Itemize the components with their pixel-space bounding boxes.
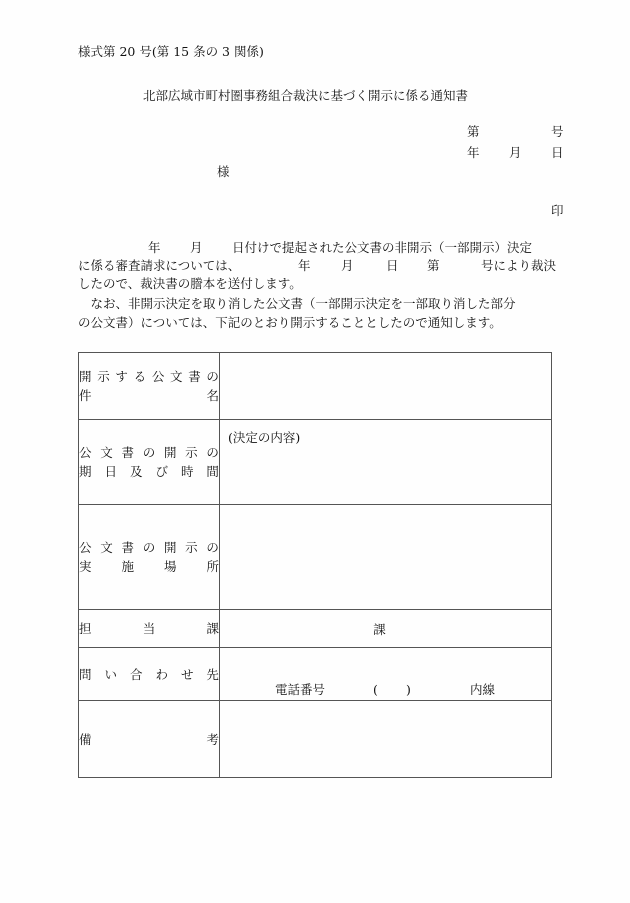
body-line-2-year: 年 bbox=[298, 258, 311, 274]
table-row: 問い合わせ先 電話番号 ( ) 内線 bbox=[79, 648, 552, 701]
document-subject-field[interactable] bbox=[220, 353, 552, 420]
disclosure-datetime-field[interactable]: (決定の内容) bbox=[220, 420, 552, 505]
date-month: 月 bbox=[509, 145, 522, 161]
contact-field[interactable]: 電話番号 ( ) 内線 bbox=[220, 648, 552, 701]
label-remarks: 備考 bbox=[79, 701, 220, 778]
date-year: 年 bbox=[467, 145, 480, 161]
number-suffix: 号 bbox=[551, 124, 564, 140]
document-title: 北部広域市町村圏事務組合裁決に基づく開示に係る通知書 bbox=[143, 88, 468, 104]
number-prefix: 第 bbox=[467, 124, 480, 140]
body-line-2-dai: 第 bbox=[427, 258, 440, 274]
label-contact: 問い合わせ先 bbox=[79, 648, 220, 701]
body-line-2-day: 日 bbox=[386, 258, 399, 274]
date-day: 日 bbox=[551, 145, 564, 161]
tel-label: 電話番号 bbox=[275, 682, 325, 698]
label-disclosure-location: 公文書の開示の 実施場所 bbox=[79, 505, 220, 610]
body-line-3: したので、裁決書の謄本を送付します。 bbox=[78, 276, 302, 292]
body-line-2-text: に係る審査請求については、 bbox=[78, 258, 240, 274]
section-suffix: 課 bbox=[373, 622, 386, 637]
form-number: 様式第 20 号(第 15 条の 3 関係) bbox=[78, 44, 264, 60]
label-disclosure-datetime: 公文書の開示の 期日及び時間 bbox=[79, 420, 220, 505]
addressee-suffix: 様 bbox=[217, 164, 230, 180]
label-document-subject: 開示する公文書の 件名 bbox=[79, 353, 220, 420]
seal-mark: 印 bbox=[551, 203, 564, 219]
area-code-open-paren: ( bbox=[373, 682, 378, 698]
table-row: 公文書の開示の 期日及び時間 (決定の内容) bbox=[79, 420, 552, 505]
body-line-1-text: 日付けで提起された公文書の非開示（一部開示）決定 bbox=[232, 240, 532, 256]
table-row: 備考 bbox=[79, 701, 552, 778]
disclosure-location-field[interactable] bbox=[220, 505, 552, 610]
body-line-2-text2: 号により裁決 bbox=[481, 258, 556, 274]
body-line-1-month: 月 bbox=[190, 240, 203, 256]
area-code-close-paren: ) bbox=[406, 682, 411, 698]
table-row: 開示する公文書の 件名 bbox=[79, 353, 552, 420]
body-line-4: なお、非開示決定を取り消した公文書（一部開示決定を一部取り消した部分 bbox=[78, 296, 516, 312]
table-row: 公文書の開示の 実施場所 bbox=[79, 505, 552, 610]
body-line-5: の公文書）については、下記のとおり開示することとしたので通知します。 bbox=[78, 315, 502, 331]
table-row: 担当課 課 bbox=[79, 610, 552, 648]
body-line-2-month: 月 bbox=[341, 258, 354, 274]
disclosure-details-table: 開示する公文書の 件名 公文書の開示の 期日及び時間 (決定の内容) 公文書の開… bbox=[78, 352, 552, 778]
responsible-section-field[interactable]: 課 bbox=[220, 610, 552, 648]
remarks-field[interactable] bbox=[220, 701, 552, 778]
body-line-1-year: 年 bbox=[148, 240, 161, 256]
extension-label: 内線 bbox=[470, 682, 495, 698]
decision-content-note: (決定の内容) bbox=[228, 428, 300, 446]
label-responsible-section: 担当課 bbox=[79, 610, 220, 648]
